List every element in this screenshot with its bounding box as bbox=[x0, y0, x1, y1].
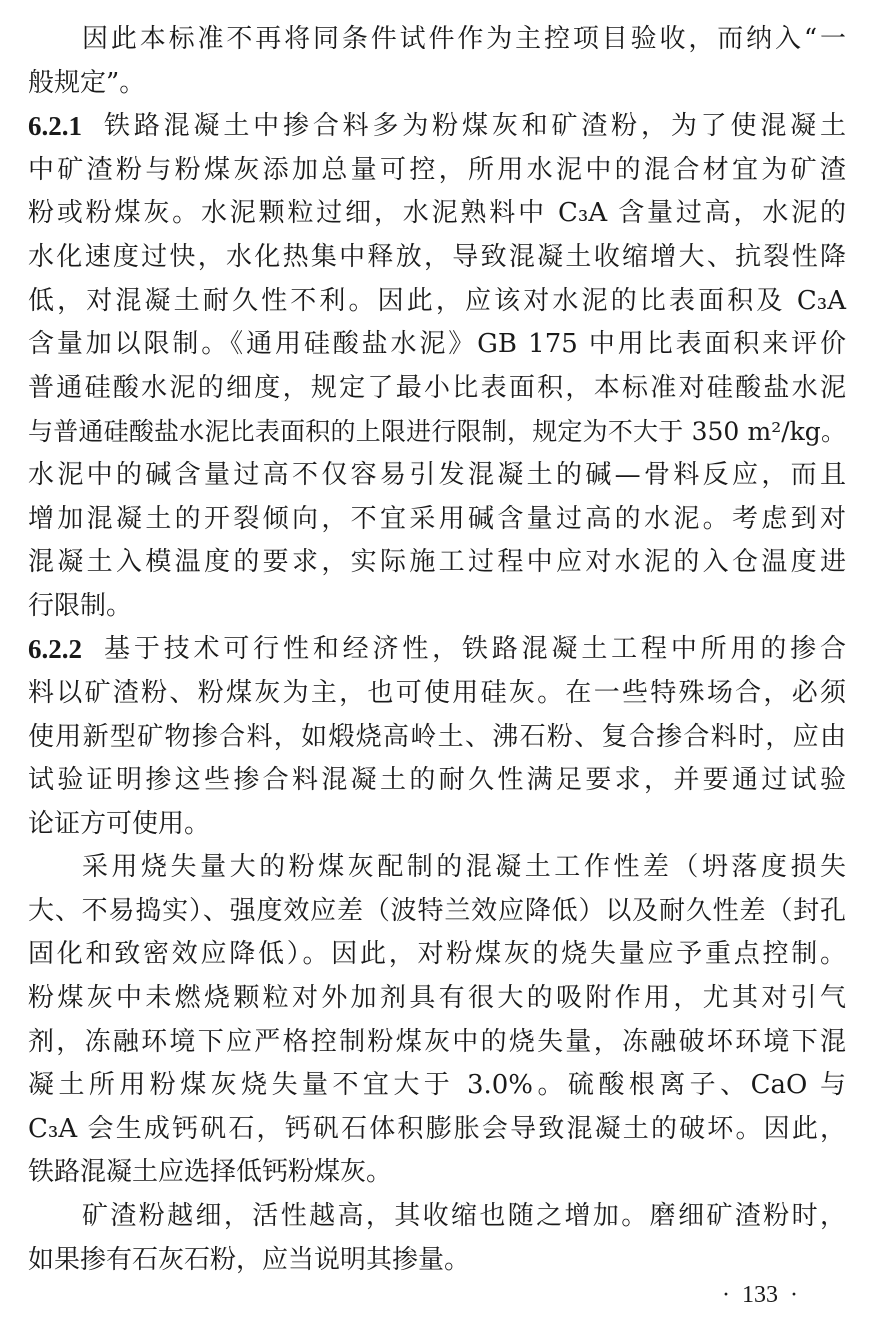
text-line: 如果掺有石灰石粉，应当说明其掺量。 bbox=[28, 1239, 846, 1283]
text-line: 粉煤灰中未燃烧颗粒对外加剂具有很大的吸附作用，尤其对引气 bbox=[28, 977, 846, 1021]
text-line: 中矿渣粉与粉煤灰添加总量可控，所用水泥中的混合材宜为矿渣 bbox=[28, 149, 846, 193]
text-line: 粉或粉煤灰。水泥颗粒过细，水泥熟料中 C₃A 含量过高，水泥的 bbox=[28, 192, 846, 236]
section-number: 6.2.1 bbox=[28, 105, 82, 149]
text-line: 固化和致密效应降低）。因此，对粉煤灰的烧失量应予重点控制。 bbox=[28, 933, 846, 977]
text-line: 含量加以限制。《通用硅酸盐水泥》GB 175 中用比表面积来评价 bbox=[28, 323, 846, 367]
text-line: 增加混凝土的开裂倾向，不宜采用碱含量过高的水泥。考虑到对 bbox=[28, 498, 846, 542]
text-line: 凝土所用粉煤灰烧失量不宜大于 3.0%。硫酸根离子、CaO 与 bbox=[28, 1064, 846, 1108]
section-heading-line: 6.2.1铁路混凝土中掺合料多为粉煤灰和矿渣粉，为了使混凝土 bbox=[28, 105, 846, 149]
text-line: 行限制。 bbox=[28, 585, 846, 629]
document-page: 因此本标准不再将同条件试件作为主控项目验收，而纳入“一 般规定”。 6.2.1铁… bbox=[28, 18, 846, 1282]
text-line: 因此本标准不再将同条件试件作为主控项目验收，而纳入“一 bbox=[28, 18, 846, 62]
text-line: 使用新型矿物掺合料，如煅烧高岭土、沸石粉、复合掺合料时，应由 bbox=[28, 716, 846, 760]
text-line: 大、不易捣实）、强度效应差（波特兰效应降低）以及耐久性差（封孔 bbox=[28, 890, 846, 934]
text-line: 普通硅酸水泥的细度，规定了最小比表面积，本标准对硅酸盐水泥 bbox=[28, 367, 846, 411]
text-line: 采用烧失量大的粉煤灰配制的混凝土工作性差（坍落度损失 bbox=[28, 846, 846, 890]
section-number: 6.2.2 bbox=[28, 628, 82, 672]
page-number: · 133 · bbox=[722, 1282, 798, 1309]
text-line: 料以矿渣粉、粉煤灰为主，也可使用硅灰。在一些特殊场合，必须 bbox=[28, 672, 846, 716]
text-line: 试验证明掺这些掺合料混凝土的耐久性满足要求，并要通过试验 bbox=[28, 759, 846, 803]
text-line: 水泥中的碱含量过高不仅容易引发混凝土的碱—骨料反应，而且 bbox=[28, 454, 846, 498]
text-line: 混凝土入模温度的要求，实际施工过程中应对水泥的入仓温度进 bbox=[28, 541, 846, 585]
text-line: 矿渣粉越细，活性越高，其收缩也随之增加。磨细矿渣粉时， bbox=[28, 1195, 846, 1239]
text-line: 论证方可使用。 bbox=[28, 803, 846, 847]
text-line: 与普通硅酸盐水泥比表面积的上限进行限制，规定为不大于 350 m²/kg。 bbox=[28, 410, 846, 454]
section-heading-line: 6.2.2基于技术可行性和经济性，铁路混凝土工程中所用的掺合 bbox=[28, 628, 846, 672]
text-line: 般规定”。 bbox=[28, 62, 846, 106]
text-line: 剂，冻融环境下应严格控制粉煤灰中的烧失量，冻融破坏环境下混 bbox=[28, 1021, 846, 1065]
text-line: 铁路混凝土应选择低钙粉煤灰。 bbox=[28, 1151, 846, 1195]
text-line: 低，对混凝土耐久性不利。因此，应该对水泥的比表面积及 C₃A bbox=[28, 280, 846, 324]
text-line: C₃A 会生成钙矾石，钙矾石体积膨胀会导致混凝土的破坏。因此， bbox=[28, 1108, 846, 1152]
text-line: 水化速度过快，水化热集中释放，导致混凝土收缩增大、抗裂性降 bbox=[28, 236, 846, 280]
